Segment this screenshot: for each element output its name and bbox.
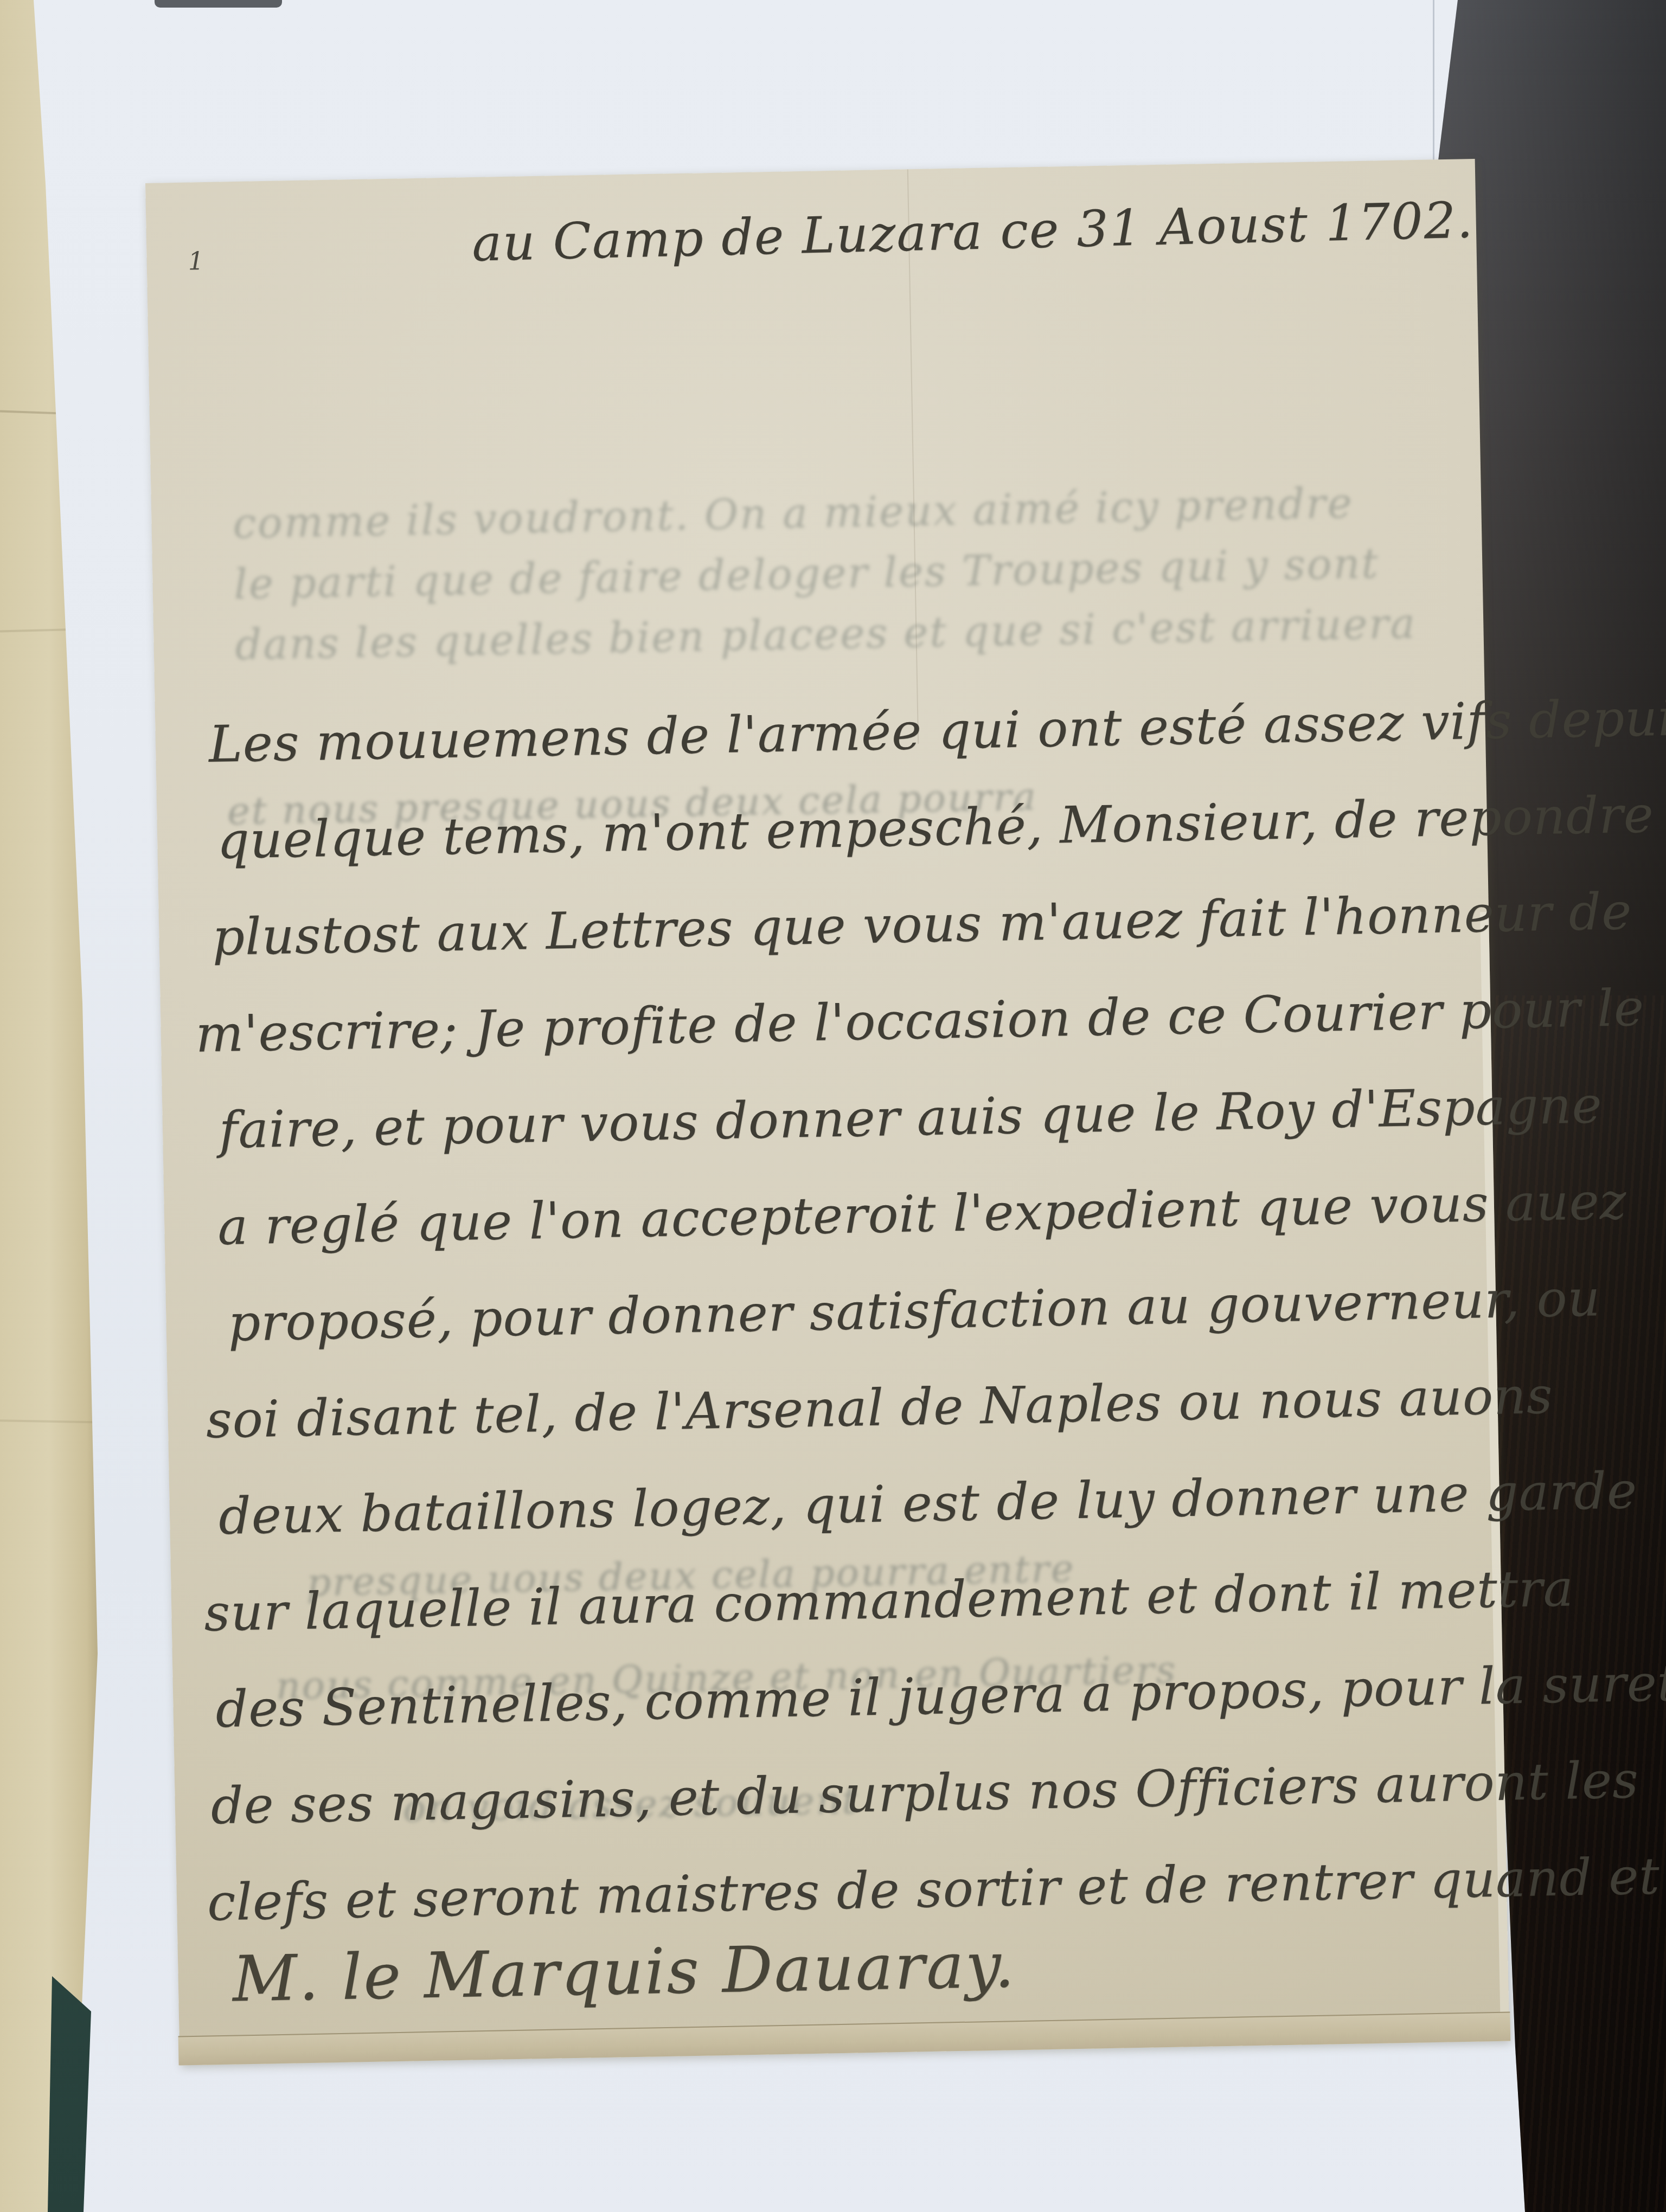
address-line: M. le Marquis Dauaray. xyxy=(232,1928,1017,2016)
letter-page: 1 au Camp de Luzara ce 31 Aoust 1702. co… xyxy=(145,159,1509,2065)
old-paper-edge xyxy=(0,0,108,2212)
dateline: au Camp de Luzara ce 31 Aoust 1702. xyxy=(471,191,1475,273)
backdrop-sheet-fold-line xyxy=(1433,0,1434,168)
old-paper-crease xyxy=(0,410,108,416)
old-paper-crease xyxy=(0,1419,108,1423)
page-number: 1 xyxy=(188,246,204,276)
bleedthrough-block: comme ils voudront. On a mieux aimé icy … xyxy=(233,472,1417,676)
letter-bottom-fold-edge xyxy=(178,2011,1511,2065)
letter-body: Les mouuemens de l'armée qui ont esté as… xyxy=(208,673,1507,1951)
old-paper-crease xyxy=(0,627,108,632)
dark-notch xyxy=(155,0,282,8)
photo-canvas: 1 au Camp de Luzara ce 31 Aoust 1702. co… xyxy=(0,0,1666,2212)
